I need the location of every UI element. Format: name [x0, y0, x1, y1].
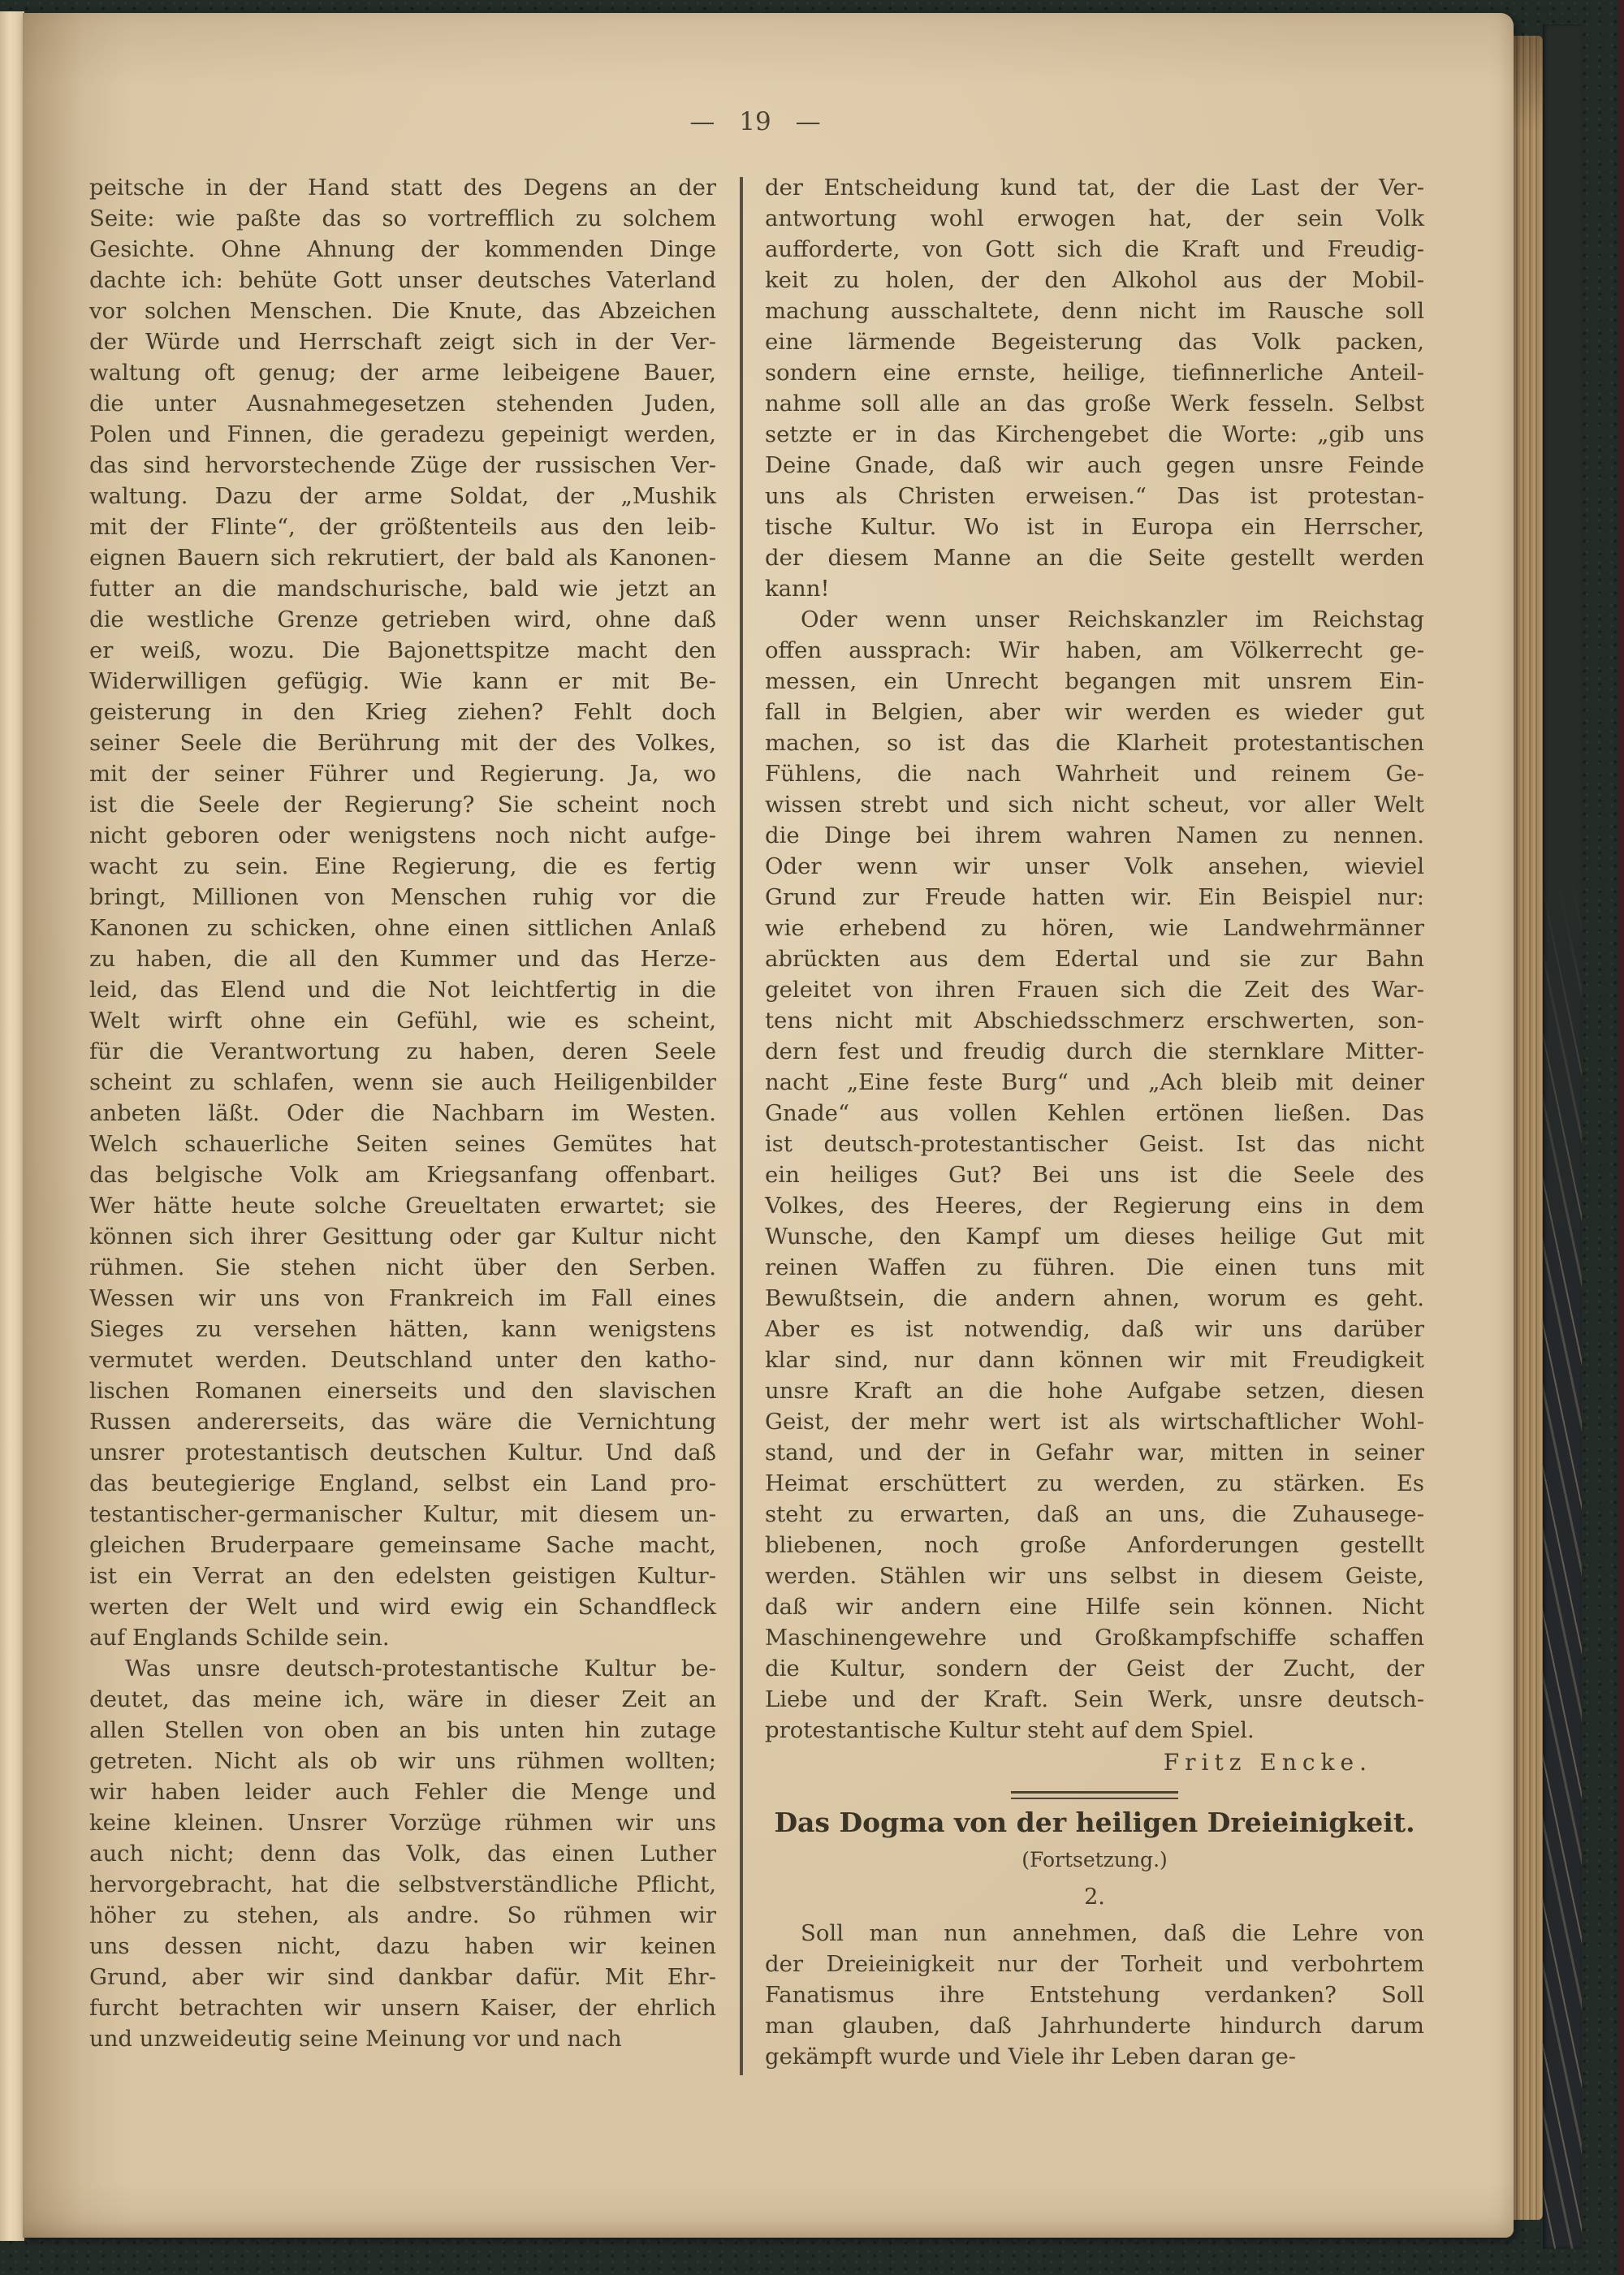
- text-line: Liebe und der Kraft. Sein Werk, unsre de…: [765, 1684, 1424, 1715]
- text-line: Fühlens, die nach Wahrheit und reinem Ge…: [765, 758, 1424, 789]
- text-line: Wunsche, den Kampf um dieses heilige Gut…: [765, 1221, 1424, 1252]
- text-line: keine kleinen. Unsrer Vorzüge rühmen wir…: [89, 1807, 716, 1838]
- text-line: gleichen Bruderpaare gemeinsame Sache ma…: [89, 1530, 716, 1561]
- text-line: lischen Romanen einerseits und den slavi…: [89, 1375, 716, 1406]
- column-divider: [740, 177, 743, 2075]
- text-line: testantischer-germanischer Kultur, mit d…: [89, 1499, 716, 1530]
- text-line: Geist, der mehr wert ist als wirtschaftl…: [765, 1406, 1424, 1437]
- text-line: er weiß, wozu. Die Bajonettspitze macht …: [89, 635, 716, 666]
- text-line: unsre Kraft an die hohe Aufgabe setzen, …: [765, 1375, 1424, 1406]
- text-line: klar sind, nur dann können wir mit Freud…: [765, 1345, 1424, 1375]
- section-divider-rule: [1011, 1791, 1178, 1799]
- text-line: Heimat erschüttert zu werden, zu stärken…: [765, 1468, 1424, 1499]
- text-line: protestantische Kultur steht auf dem Spi…: [765, 1715, 1424, 1746]
- text-line: Welt wirft ohne ein Gefühl, wie es schei…: [89, 1005, 716, 1036]
- text-line: die westliche Grenze getrieben wird, ohn…: [89, 604, 716, 635]
- text-line: daß wir andern eine Hilfe sein können. N…: [765, 1591, 1424, 1622]
- text-line: Volkes, des Heeres, der Regierung eins i…: [765, 1190, 1424, 1221]
- text-line: machung ausschaltete, denn nicht im Raus…: [765, 296, 1424, 326]
- text-line: ist deutsch-protestantischer Geist. Ist …: [765, 1129, 1424, 1159]
- text-line: offen aussprach: Wir haben, am Völkerrec…: [765, 635, 1424, 666]
- text-line: keit zu holen, der den Alkohol aus der M…: [765, 265, 1424, 296]
- paragraph: Soll man nun annehmen, daß die Lehre von…: [765, 1918, 1424, 2072]
- text-line: die Dinge bei ihrem wahren Namen zu nenn…: [765, 820, 1424, 851]
- text-line: deutet, das meine ich, wäre in dieser Ze…: [89, 1684, 716, 1715]
- text-line: die unter Ausnahmegesetzen stehenden Jud…: [89, 388, 716, 419]
- text-line: kann!: [765, 573, 1424, 604]
- text-line: wissen strebt und sich nicht scheut, vor…: [765, 789, 1424, 820]
- text-line: leid, das Elend und die Not leichtfertig…: [89, 974, 716, 1005]
- text-line: das beutegierige England, selbst ein Lan…: [89, 1468, 716, 1499]
- text-line: eine lärmende Begeisterung das Volk pack…: [765, 326, 1424, 357]
- text-line: futter an die mandschurische, bald wie j…: [89, 573, 716, 604]
- text-line: mit der Flinte“, der größtenteils aus de…: [89, 512, 716, 542]
- text-line: Grund, aber wir sind dankbar dafür. Mit …: [89, 1962, 716, 1992]
- text-line: der diesem Manne an die Seite gestellt w…: [765, 542, 1424, 573]
- text-line: bliebenen, noch große Anforderungen gest…: [765, 1530, 1424, 1561]
- text-line: Gnade“ aus vollen Kehlen ertönen ließen.…: [765, 1098, 1424, 1129]
- text-line: wie erhebend zu hören, wie Landwehrmänne…: [765, 913, 1424, 943]
- text-line: hervorgebracht, hat die selbstverständli…: [89, 1869, 716, 1900]
- text-line: der Dreieinigkeit nur der Torheit und ve…: [765, 1949, 1424, 1979]
- text-line: der Würde und Herrschaft zeigt sich in d…: [89, 326, 716, 357]
- text-line: Soll man nun annehmen, daß die Lehre von: [765, 1918, 1424, 1949]
- text-line: Grund zur Freude hatten wir. Ein Beispie…: [765, 882, 1424, 913]
- text-line: Gesichte. Ohne Ahnung der kommenden Ding…: [89, 234, 716, 265]
- text-line: waltung oft genug; der arme leibeigene B…: [89, 357, 716, 388]
- book-page: — 19 — peitsche in der Hand statt des De…: [23, 13, 1514, 2238]
- text-line: machen, so ist das die Klarheit protesta…: [765, 727, 1424, 758]
- text-line: Sieges zu versehen hätten, kann wenigste…: [89, 1314, 716, 1345]
- text-line: antwortung wohl erwogen hat, der sein Vo…: [765, 203, 1424, 234]
- text-line: für die Verantwortung zu haben, deren Se…: [89, 1036, 716, 1067]
- text-line: abrückten aus dem Edertal und sie zur Ba…: [765, 943, 1424, 974]
- text-line: Bewußtsein, die andern ahnen, worum es g…: [765, 1283, 1424, 1314]
- text-line: mit der seiner Führer und Regierung. Ja,…: [89, 758, 716, 789]
- text-line: Was unsre deutsch-protestantische Kultur…: [89, 1653, 716, 1684]
- text-line: auf Englands Schilde sein.: [89, 1622, 716, 1653]
- text-line: Seite: wie paßte das so vortrefflich zu …: [89, 203, 716, 234]
- text-line: tische Kultur. Wo ist in Europa ein Herr…: [765, 512, 1424, 542]
- text-block: peitsche in der Hand statt des Degens an…: [89, 172, 1450, 2075]
- text-line: messen, ein Unrecht begangen mit unsrem …: [765, 666, 1424, 697]
- text-line: Oder wenn wir unser Volk ansehen, wievie…: [765, 851, 1424, 882]
- scanned-book-spread: — 19 — peitsche in der Hand statt des De…: [0, 0, 1624, 2275]
- text-line: nacht „Eine feste Burg“ und „Ach bleib m…: [765, 1067, 1424, 1098]
- text-line: der Entscheidung kund tat, der die Last …: [765, 172, 1424, 203]
- text-line: Wer hätte heute solche Greueltaten erwar…: [89, 1190, 716, 1221]
- text-line: geleitet von ihren Frauen sich die Zeit …: [765, 974, 1424, 1005]
- text-line: wacht zu sein. Eine Regierung, die es fe…: [89, 851, 716, 882]
- text-line: allen Stellen von oben an bis unten hin …: [89, 1715, 716, 1746]
- text-line: bringt, Millionen von Menschen ruhig vor…: [89, 882, 716, 913]
- text-line: die Kultur, sondern der Geist der Zucht,…: [765, 1653, 1424, 1684]
- scan-edge-line: [1618, 0, 1624, 2275]
- text-line: dern fest und freudig durch die sternkla…: [765, 1036, 1424, 1067]
- text-line: ein heiliges Gut? Bei uns ist die Seele …: [765, 1159, 1424, 1190]
- left-column: peitsche in der Hand statt des Degens an…: [89, 172, 716, 2054]
- text-line: ist die Seele der Regierung? Sie scheint…: [89, 789, 716, 820]
- text-line: wir haben leider auch Fehler die Menge u…: [89, 1776, 716, 1807]
- text-line: fall in Belgien, aber wir werden es wied…: [765, 697, 1424, 727]
- text-line: werden. Stählen wir uns selbst in diesem…: [765, 1561, 1424, 1591]
- text-line: vor solchen Menschen. Die Knute, das Abz…: [89, 296, 716, 326]
- text-line: getreten. Nicht als ob wir uns rühmen wo…: [89, 1746, 716, 1776]
- text-line: reinen Waffen zu führen. Die einen tuns …: [765, 1252, 1424, 1283]
- text-line: Aber es ist notwendig, daß wir uns darüb…: [765, 1314, 1424, 1345]
- text-line: Kanonen zu schicken, ohne einen sittlich…: [89, 913, 716, 943]
- author-signature: Fritz Encke.: [765, 1747, 1424, 1778]
- text-line: setzte er in das Kirchengebet die Worte:…: [765, 419, 1424, 450]
- text-line: Welch schauerliche Seiten seines Gemütes…: [89, 1129, 716, 1159]
- text-line: Fanatismus ihre Entstehung verdanken? So…: [765, 1979, 1424, 2010]
- text-line: gekämpft wurde und Viele ihr Leben daran…: [765, 2041, 1424, 2072]
- right-column: der Entscheidung kund tat, der die Last …: [765, 172, 1424, 2072]
- text-line: zu haben, die all den Kummer und das Her…: [89, 943, 716, 974]
- text-line: dachte ich: behüte Gott unser deutsches …: [89, 265, 716, 296]
- article-subtitle: (Fortsetzung.): [765, 1845, 1424, 1876]
- text-line: seiner Seele die Berührung mit der des V…: [89, 727, 716, 758]
- text-line: scheint zu schlafen, wenn sie auch Heili…: [89, 1067, 716, 1098]
- text-line: das sind hervorstechende Züge der russis…: [89, 450, 716, 481]
- paragraph: der Entscheidung kund tat, der die Last …: [765, 172, 1424, 604]
- text-line: Maschinengewehre und Großkampfschiffe sc…: [765, 1622, 1424, 1653]
- article-title: Das Dogma von der heiligen Dreieinigkeit…: [765, 1804, 1424, 1841]
- text-line: Polen und Finnen, die geradezu gepeinigt…: [89, 419, 716, 450]
- text-line: waltung. Dazu der arme Soldat, der „Mush…: [89, 481, 716, 512]
- text-line: furcht betrachten wir unsern Kaiser, der…: [89, 1992, 716, 2023]
- paragraph: Was unsre deutsch-protestantische Kultur…: [89, 1653, 716, 2054]
- text-line: steht zu erwarten, daß an uns, die Zuhau…: [765, 1499, 1424, 1530]
- text-line: nicht geboren oder wenigstens noch nicht…: [89, 820, 716, 851]
- text-line: uns als Christen erweisen.“ Das ist prot…: [765, 481, 1424, 512]
- text-line: peitsche in der Hand statt des Degens an…: [89, 172, 716, 203]
- text-line: Deine Gnade, daß wir auch gegen unsre Fe…: [765, 450, 1424, 481]
- text-line: Wessen wir uns von Frankreich im Fall ei…: [89, 1283, 716, 1314]
- text-line: tens nicht mit Abschiedsschmerz erschwer…: [765, 1005, 1424, 1036]
- text-line: auch nicht; denn das Volk, das einen Lut…: [89, 1838, 716, 1869]
- paragraph: peitsche in der Hand statt des Degens an…: [89, 172, 716, 1653]
- text-line: stand, und der in Gefahr war, mitten in …: [765, 1437, 1424, 1468]
- paragraph: Oder wenn unser Reichskanzler im Reichst…: [765, 604, 1424, 1746]
- text-line: aufforderte, von Gott sich die Kraft und…: [765, 234, 1424, 265]
- text-line: rühmen. Sie stehen nicht über den Serben…: [89, 1252, 716, 1283]
- text-line: können sich ihrer Gesittung oder gar Kul…: [89, 1221, 716, 1252]
- adjacent-page-edge: [0, 11, 24, 2241]
- page-number: — 19 —: [89, 107, 1421, 136]
- text-line: geisterung in den Krieg ziehen? Fehlt do…: [89, 697, 716, 727]
- page-fore-edges: [1514, 36, 1543, 2220]
- text-line: ist ein Verrat an den edelsten geistigen…: [89, 1561, 716, 1591]
- marbled-endpaper-strip: [1543, 24, 1582, 2249]
- text-line: unsrer protestantisch deutschen Kultur. …: [89, 1437, 716, 1468]
- text-line: Russen andererseits, das wäre die Vernic…: [89, 1406, 716, 1437]
- text-line: uns dessen nicht, dazu haben wir keinen: [89, 1931, 716, 1962]
- text-line: anbeten läßt. Oder die Nachbarn im Weste…: [89, 1098, 716, 1129]
- text-line: höher zu stehen, als andre. So rühmen wi…: [89, 1900, 716, 1931]
- text-line: und unzweideutig seine Meinung vor und n…: [89, 2023, 716, 2054]
- text-line: das belgische Volk am Kriegsanfang offen…: [89, 1159, 716, 1190]
- text-line: nahme soll alle an das große Werk fessel…: [765, 388, 1424, 419]
- text-line: man glauben, daß Jahrhunderte hindurch d…: [765, 2010, 1424, 2041]
- text-line: sondern eine ernste, heilige, tiefinnerl…: [765, 357, 1424, 388]
- text-line: Widerwilligen gefügig. Wie kann er mit B…: [89, 666, 716, 697]
- text-line: eignen Bauern sich rekrutiert, der bald …: [89, 542, 716, 573]
- text-line: werten der Welt und wird ewig ein Schand…: [89, 1591, 716, 1622]
- text-line: vermutet werden. Deutschland unter den k…: [89, 1345, 716, 1375]
- section-number: 2.: [765, 1882, 1424, 1913]
- text-line: Oder wenn unser Reichskanzler im Reichst…: [765, 604, 1424, 635]
